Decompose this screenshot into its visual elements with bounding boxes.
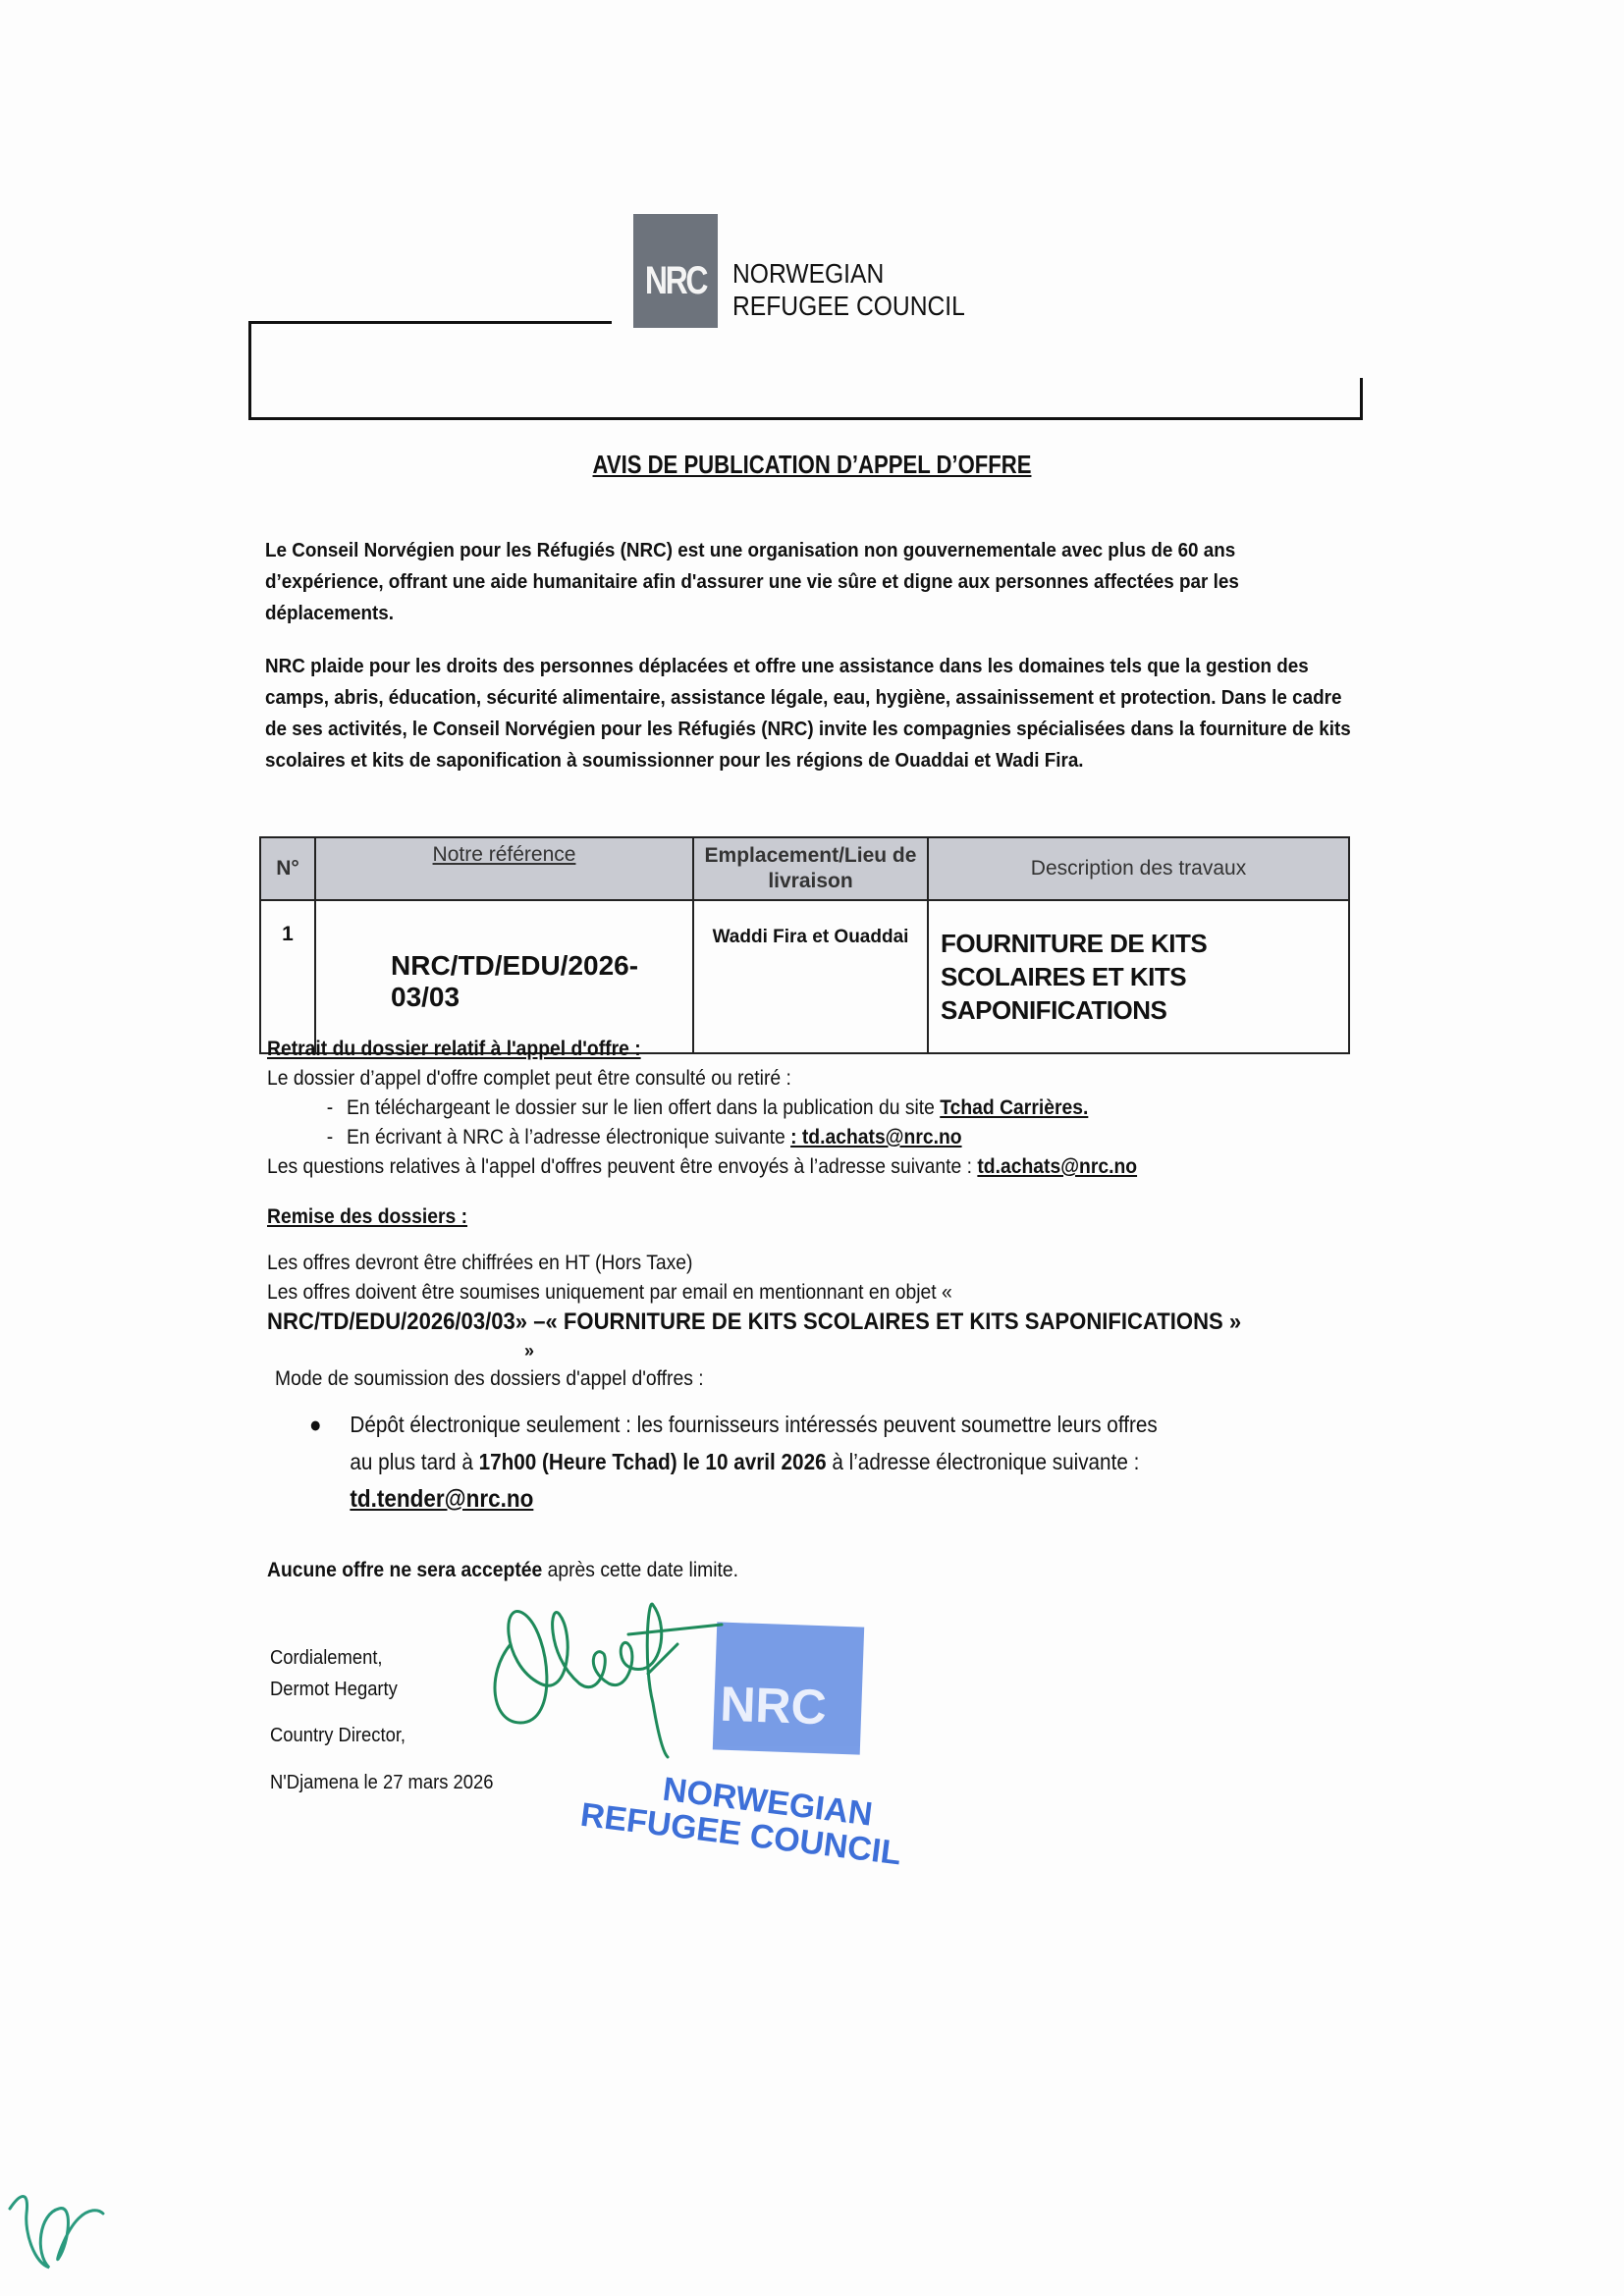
remise-heading-text: Remise des dossiers : (267, 1202, 467, 1232)
retrait-bullet-email: -En écrivant à NRC à l’adresse électroni… (267, 1123, 1137, 1152)
retrait-bullet1-text: En téléchargeant le dossier sur le lien … (347, 1096, 940, 1119)
retrait-heading: Retrait du dossier relatif à l'appel d'o… (267, 1035, 1137, 1064)
achats-email-link[interactable]: : td.achats@nrc.no (790, 1126, 961, 1148)
stamp-text: NORWEGIAN REFUGEE COUNCIL (578, 1762, 907, 1872)
header-frame-bottom (248, 417, 1363, 420)
deposit-lead: Dépôt électronique seulement : les fourn… (350, 1406, 1157, 1443)
intro-paragraph-2: NRC plaide pour les droits des personnes… (265, 651, 1354, 776)
retrait-bullet-download: -En téléchargeant le dossier sur le lien… (267, 1094, 1137, 1123)
org-name: NORWEGIAN REFUGEE COUNCIL (732, 257, 965, 322)
tchad-carrieres-link[interactable]: Tchad Carrières. (940, 1096, 1088, 1119)
nrc-logo: NRC (633, 214, 718, 328)
handwritten-signature-icon (481, 1575, 736, 1772)
row-number: 1 (260, 900, 315, 1053)
signatory-role: Country Director, (270, 1720, 406, 1751)
intro-paragraph-1: Le Conseil Norvégien pour les Réfugiés (… (265, 535, 1354, 629)
nrc-logo-abbr: NRC (642, 259, 710, 303)
tender-email-link[interactable]: td.tender@nrc.no (350, 1480, 1157, 1518)
questions-line: Les questions relatives à l'appel d'offr… (267, 1152, 1137, 1182)
header-frame-top (248, 321, 612, 324)
dash-bullet-icon: - (267, 1123, 347, 1152)
bullet-dot-icon: ● (309, 1406, 322, 1443)
remise-heading: Remise des dossiers : (267, 1202, 467, 1232)
col-header-location: Emplacement/Lieu de livraison (693, 837, 928, 900)
questions-text: Les questions relatives à l'appel d'offr… (267, 1155, 977, 1178)
deposit-post: à l’adresse électronique suivante : (827, 1449, 1140, 1474)
initials-mark-icon (5, 2184, 113, 2282)
org-name-line1: NORWEGIAN (732, 257, 965, 290)
col-header-description: Description des travaux (928, 837, 1349, 900)
retrait-bullet2-text: En écrivant à NRC à l’adresse électroniq… (347, 1126, 790, 1148)
deposit-deadline: 17h00 (Heure Tchad) le 10 avril 2026 (479, 1449, 827, 1474)
deposit-deadline-line: au plus tard à 17h00 (Heure Tchad) le 10… (350, 1443, 1157, 1480)
row-description: FOURNITURE DE KITS SCOLAIRES ET KITS SAP… (928, 900, 1349, 1053)
col-header-number: N° (260, 837, 315, 900)
closing: Cordialement, (270, 1642, 383, 1674)
place-date: N'Djamena le 27 mars 2026 (270, 1767, 493, 1798)
row-location: Waddi Fira et Ouaddai (693, 900, 928, 1053)
email-subject: NRC/TD/EDU/2026/03/03» –« FOURNITURE DE … (267, 1308, 1241, 1337)
table-header-row: N° Notre référence Emplacement/Lieu de l… (260, 837, 1349, 900)
retrait-section: Retrait du dossier relatif à l'appel d'o… (267, 1035, 1137, 1182)
signatory-name: Dermot Hegarty (270, 1674, 398, 1705)
retrait-intro: Le dossier d’appel d'offre complet peut … (267, 1064, 1137, 1094)
questions-email-link[interactable]: td.achats@nrc.no (977, 1155, 1137, 1178)
retrait-bullets: -En téléchargeant le dossier sur le lien… (267, 1094, 1137, 1152)
mode-heading: Mode de soumission des dossiers d'appel … (275, 1364, 704, 1394)
remise-line-ht: Les offres devront être chiffrées en HT … (267, 1249, 1241, 1278)
col-header-reference: Notre référence (315, 837, 693, 900)
tender-table: N° Notre référence Emplacement/Lieu de l… (259, 836, 1350, 1054)
header-frame-left (248, 321, 251, 419)
row-reference: NRC/TD/EDU/2026-03/03 (315, 900, 693, 1053)
deposit-bullet: ● Dépôt électronique seulement : les fou… (309, 1406, 1158, 1518)
org-name-line2: REFUGEE COUNCIL (732, 290, 965, 322)
stray-quote-mark: » (524, 1341, 534, 1362)
header-frame-right (1360, 378, 1363, 420)
dash-bullet-icon: - (267, 1094, 347, 1123)
remise-lines: Les offres devront être chiffrées en HT … (267, 1249, 1241, 1337)
table-row: 1 NRC/TD/EDU/2026-03/03 Waddi Fira et Ou… (260, 900, 1349, 1053)
remise-line-email: Les offres doivent être soumises uniquem… (267, 1278, 1241, 1308)
deposit-pre: au plus tard à (350, 1449, 478, 1474)
document-title: AVIS DE PUBLICATION D’APPEL D’OFFRE (122, 450, 1502, 480)
